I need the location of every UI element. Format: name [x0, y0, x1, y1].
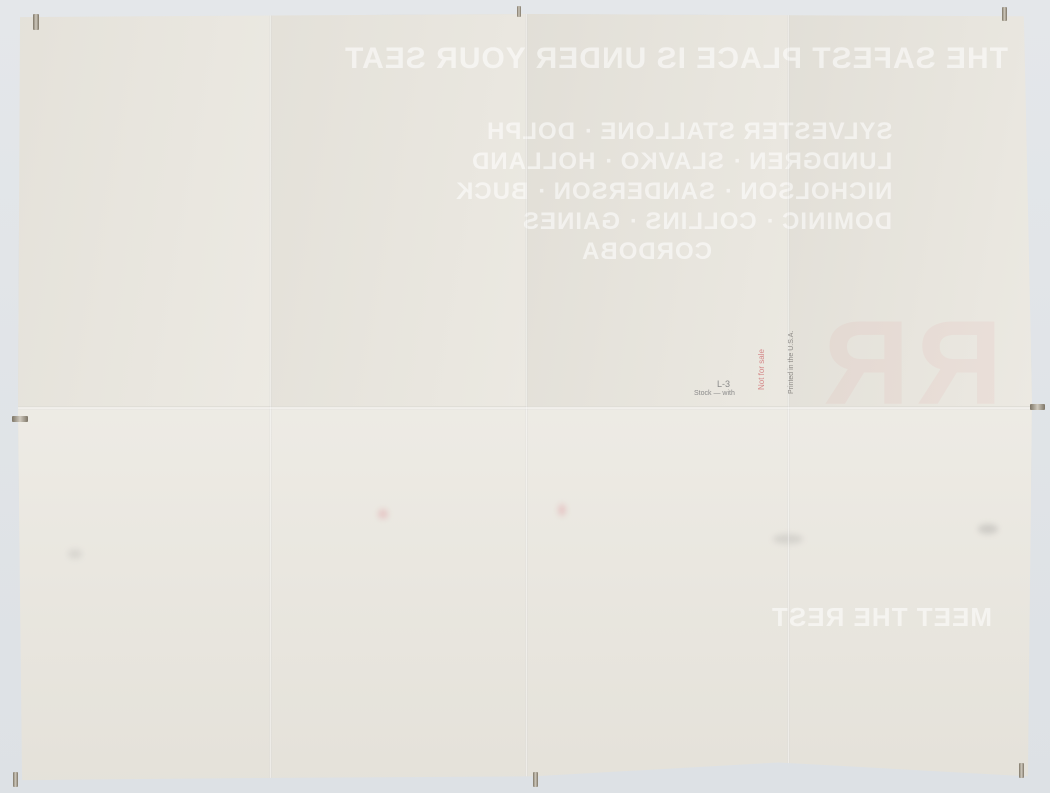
fold-crease-vertical	[269, 14, 272, 784]
pin-clip	[13, 772, 18, 787]
pin-clip	[1030, 404, 1045, 410]
ghost-cast-line: DOMINIC · COLLINS · GAINES	[522, 208, 892, 236]
pin-clip	[517, 6, 521, 17]
smudge	[978, 524, 998, 534]
fold-crease-horizontal	[18, 406, 1032, 410]
pin-clip	[1002, 7, 1007, 21]
red-pencil-note: Not for sale	[757, 349, 766, 390]
panel-shade	[18, 14, 270, 406]
poster-back: THE SAFEST PLACE IS UNDER YOUR SEAT SYLV…	[18, 14, 1032, 784]
ghost-cast-line: LUNDGREN · SLAVKO · HOLLAND	[471, 148, 892, 176]
ink-mark	[558, 504, 566, 516]
ghost-headline: THE SAFEST PLACE IS UNDER YOUR SEAT	[344, 42, 1008, 76]
ink-mark	[378, 509, 388, 519]
fold-crease-vertical	[525, 14, 528, 784]
pin-clip	[33, 14, 39, 30]
pin-clip	[12, 416, 28, 422]
pin-clip	[533, 772, 538, 787]
smudge	[68, 549, 82, 559]
ghost-cast-line: CORDOBA	[581, 238, 712, 266]
ghost-bottom-line: MEET THE REST	[771, 602, 992, 633]
ghost-cast-line: NICHOLSON · SANDERSON · BUCK	[455, 178, 892, 206]
pencil-print-note: Printed in the U.S.A.	[788, 331, 795, 394]
ghost-cast-line: SYLVESTER STALLONE · DOLPH	[486, 118, 892, 146]
fold-crease-vertical	[787, 14, 790, 784]
pencil-note: Stock — with	[694, 390, 735, 397]
pencil-code: L-3	[717, 379, 730, 389]
pin-clip	[1019, 763, 1024, 778]
ghost-title: RR	[817, 294, 1002, 432]
